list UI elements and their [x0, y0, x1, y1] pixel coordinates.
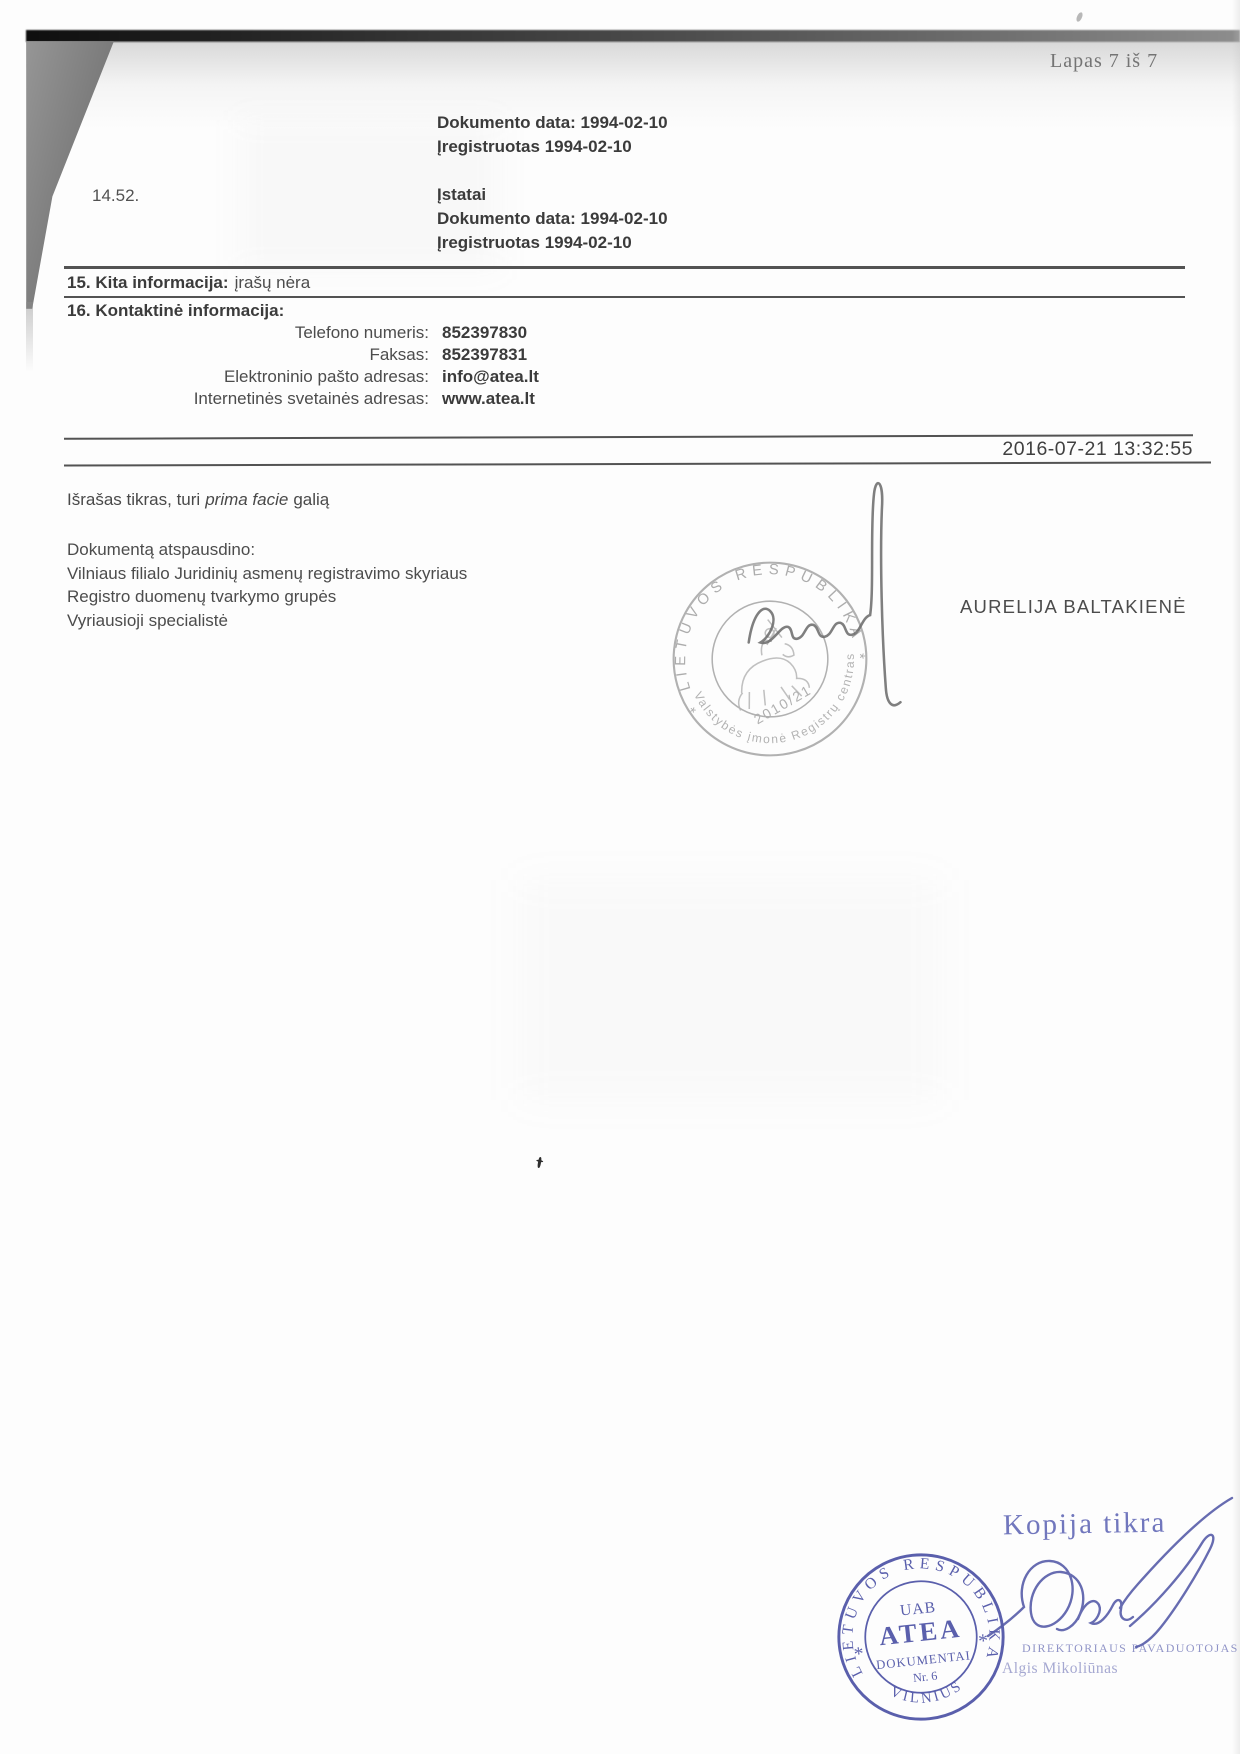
validity-latin-term: prima facie: [205, 490, 288, 509]
doc-date-line: Dokumento data: 1994-02-10: [437, 111, 668, 135]
registry-entry-bottom: Įstatai Dokumento data: 1994-02-10 Įregi…: [437, 183, 668, 255]
scan-artifact-mark: [1076, 11, 1084, 22]
signatory-name: AURELIJA BALTAKIENĖ: [960, 596, 1187, 618]
scan-artifact-left-strip: [26, 302, 33, 372]
scan-artifact-speck: [537, 1157, 542, 1168]
printed-by-line: Vilniaus filialo Juridinių asmenų regist…: [67, 562, 467, 586]
contact-label: Elektroninio pašto adresas:: [67, 366, 442, 388]
contact-label: Internetinės svetainės adresas:: [67, 388, 442, 410]
stamp-asterisk-left: *: [853, 1644, 865, 1666]
deputy-director-signature: [980, 1478, 1238, 1690]
contact-label: Faksas:: [67, 344, 442, 366]
contact-label: Telefono numeris:: [67, 322, 442, 344]
entry-title: Įstatai: [437, 183, 668, 207]
section-contact-info-label: 16. Kontaktinė informacija:: [67, 301, 284, 321]
contact-value: www.atea.lt: [442, 388, 535, 410]
printed-by-line: Vyriausioji specialistė: [67, 609, 467, 633]
divider: [64, 296, 1185, 298]
validity-suffix: galią: [293, 490, 329, 509]
registry-entry-top: Dokumento data: 1994-02-10 Įregistruotas…: [437, 111, 668, 159]
doc-date-line: Dokumento data: 1994-02-10: [437, 207, 668, 231]
divider: [64, 461, 1211, 466]
contact-value: 852397831: [442, 344, 527, 366]
company-stamp-number: Nr. 6: [912, 1669, 938, 1685]
contact-row-email: Elektroninio pašto adresas: info@atea.lt: [67, 366, 539, 388]
company-stamp-dokumentai: DOKUMENTAI: [876, 1648, 972, 1672]
contact-row-phone: Telefono numeris: 852397830: [67, 322, 539, 344]
contact-info-table: Telefono numeris: 852397830 Faksas: 8523…: [67, 322, 539, 410]
validity-prefix: Išrašas tikras, turi: [67, 490, 200, 509]
divider: [64, 266, 1185, 269]
section-other-info: 15. Kita informacija:įrašų nėra: [67, 273, 310, 293]
validity-note: Išrašas tikras, turiprima faciegalią: [67, 490, 329, 510]
registered-line: Įregistruotas 1994-02-10: [437, 135, 668, 159]
signer-name: Algis Mikoliūnas: [1002, 1660, 1118, 1678]
document-page: Lapas 7 iš 7 Dokumento data: 1994-02-10 …: [0, 0, 1240, 1754]
printed-by-heading: Dokumentą atspausdino:: [67, 538, 467, 562]
section-value: įrašų nėra: [235, 273, 311, 292]
contact-row-fax: Faksas: 852397831: [67, 344, 539, 366]
printed-by-line: Registro duomenų tvarkymo grupės: [67, 585, 467, 609]
extract-timestamp: 2016-07-21 13:32:55: [893, 438, 1193, 461]
scan-noise: [520, 880, 940, 1100]
registry-item-number: 14.52.: [92, 186, 139, 206]
section-label: 15. Kita informacija:: [67, 273, 229, 292]
contact-value: 852397830: [442, 322, 527, 344]
printed-by-block: Dokumentą atspausdino: Vilniaus filialo …: [67, 538, 467, 632]
contact-row-website: Internetinės svetainės adresas: www.atea…: [67, 388, 539, 410]
contact-value: info@atea.lt: [442, 366, 539, 388]
company-stamp-name: ATEA: [878, 1613, 964, 1652]
registered-line: Įregistruotas 1994-02-10: [437, 231, 668, 255]
specialist-signature: [688, 468, 923, 723]
page-indicator: Lapas 7 iš 7: [1050, 50, 1158, 73]
signer-title: DIREKTORIAUS PAVADUOTOJAS: [1022, 1641, 1239, 1656]
